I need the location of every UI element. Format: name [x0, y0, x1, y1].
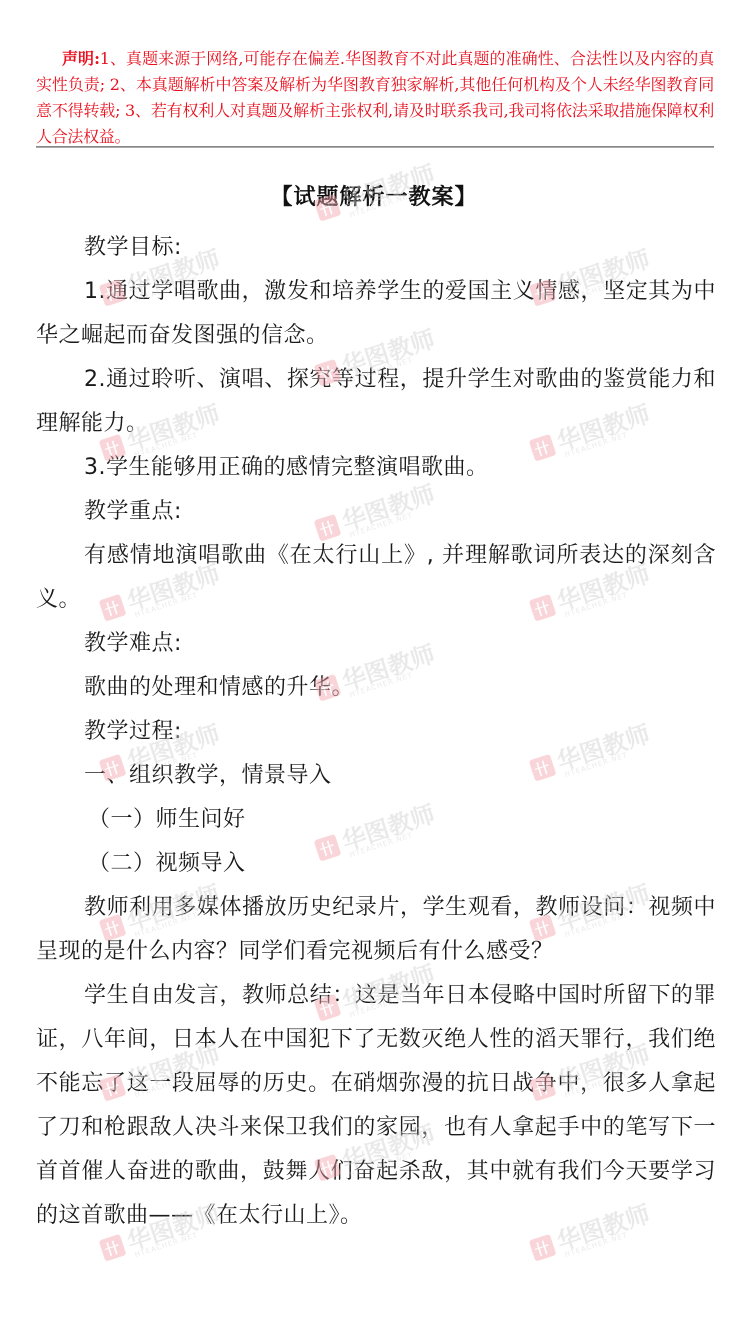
- summary-paragraph: 学生自由发言，教师总结：这是当年日本侵略中国时所留下的罪证，八年间，日本人在中国…: [36, 974, 716, 1238]
- disclaimer-lead: 声明:: [62, 49, 100, 68]
- disclaimer-text: 1、真题来源于网络,可能存在偏差.华图教育不对此真题的准确性、合法性以及内容的真…: [36, 49, 714, 146]
- document-title: 【试题解析一教案】: [0, 180, 748, 211]
- video-paragraph: 教师利用多媒体播放历史纪录片，学生观看，教师设问：视频中呈现的是什么内容？同学们…: [36, 886, 716, 974]
- objective-3: 3.学生能够用正确的感情完整演唱歌曲。: [36, 446, 716, 490]
- objective-2: 2.通过聆听、演唱、探究等过程，提升学生对歌曲的鉴赏能力和理解能力。: [36, 358, 716, 446]
- subsection-video: （二）视频导入: [36, 842, 716, 886]
- heading-objectives: 教学目标:: [36, 226, 716, 270]
- heading-difficulties: 教学难点:: [36, 622, 716, 666]
- divider: [36, 146, 714, 148]
- key-points-text: 有感情地演唱歌曲《在太行山上》, 并理解歌词所表达的深刻含义。: [36, 534, 716, 622]
- heading-process: 教学过程:: [36, 710, 716, 754]
- disclaimer: 声明:1、真题来源于网络,可能存在偏差.华图教育不对此真题的准确性、合法性以及内…: [36, 46, 714, 150]
- subsection-greeting: （一）师生问好: [36, 798, 716, 842]
- section-1-heading: 一、组织教学，情景导入: [36, 754, 716, 798]
- document-body: 教学目标: 1.通过学唱歌曲，激发和培养学生的爱国主义情感，坚定其为中华之崛起而…: [36, 226, 716, 1238]
- heading-key-points: 教学重点:: [36, 490, 716, 534]
- objective-1: 1.通过学唱歌曲，激发和培养学生的爱国主义情感，坚定其为中华之崛起而奋发图强的信…: [36, 270, 716, 358]
- difficulties-text: 歌曲的处理和情感的升华。: [36, 666, 716, 710]
